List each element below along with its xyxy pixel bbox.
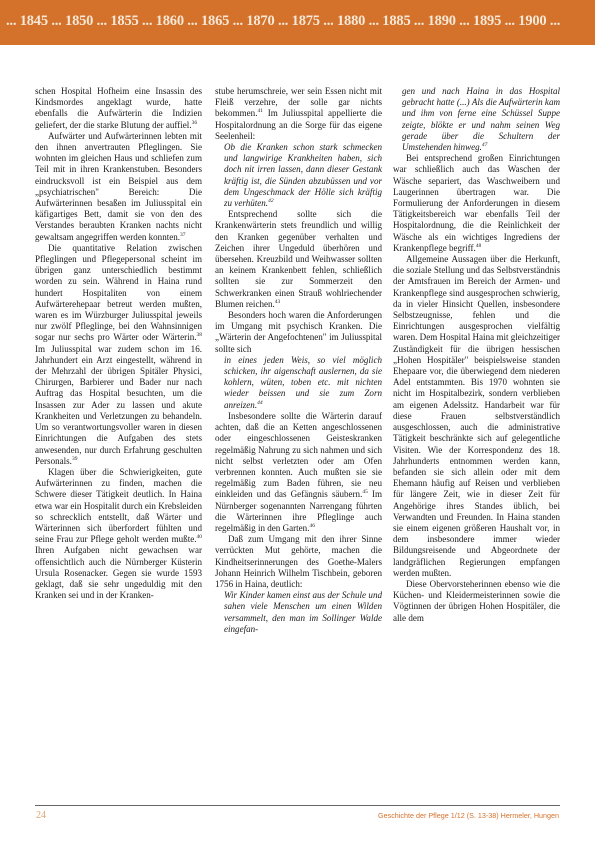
paragraph: Allgemeine Aussagen über die Herkunft, d… (393, 254, 560, 579)
paragraph-text: Im Juliusspital war zudem schon im 16. J… (35, 344, 202, 466)
running-footer: Geschichte der Pflege 1/12 (S. 13-38) He… (378, 811, 559, 820)
footnote-marker: 48 (476, 243, 482, 249)
paragraph-text: Daß zum Umgang mit den ihrer Sinne verrü… (215, 534, 382, 589)
footnote-marker: 39 (72, 456, 78, 462)
paragraph-text: Entsprechend sollte sich die Krankenwärt… (215, 209, 382, 309)
paragraph-text: Diese Obervorsteherinnen ebenso wie die … (393, 579, 560, 623)
timeline-header-bar: ... 1845 ... 1850 ... 1855 ... 1860 ... … (0, 0, 595, 45)
footnote-marker: 40 (197, 534, 203, 540)
paragraph-text: Besonders hoch waren die Anforderungen i… (215, 310, 382, 354)
block-quote: in eines jeden Weis, so viel möglich sch… (215, 355, 382, 411)
text-column-2: stube herumschreie, wer sein Essen nicht… (215, 86, 382, 635)
paragraph-text: Wir Kinder kamen einst aus der Schule un… (224, 590, 382, 634)
paragraph: Bei entsprechend großen Einrichtungen wa… (393, 153, 560, 254)
footnote-marker: 43 (275, 299, 281, 305)
paragraph-text: Klagen über die Schwierigkeiten, gute Au… (35, 467, 202, 544)
paragraph: Daß zum Umgang mit den ihrer Sinne verrü… (215, 534, 382, 590)
paragraph: schen Hospital Hofheim eine Insassin des… (35, 86, 202, 131)
footnote-marker: 36 (192, 120, 198, 126)
paragraph-text: Ihren Aufgaben nicht gewachsen war offen… (35, 545, 202, 600)
paragraph-text: Ob die Kranken schon stark schmecken und… (224, 142, 382, 208)
text-column-1: schen Hospital Hofheim eine Insassin des… (35, 86, 202, 601)
paragraph: Insbesondere sollte die Wärterin darauf … (215, 411, 382, 534)
paragraph-text: Insbesondere sollte die Wärterin darauf … (215, 411, 382, 499)
paragraph-text: in eines jeden Weis, so viel möglich sch… (224, 355, 382, 410)
footnote-marker: 42 (268, 198, 274, 204)
footnote-marker: 44 (257, 400, 263, 406)
paragraph: Klagen über die Schwierigkeiten, gute Au… (35, 467, 202, 601)
text-column-3: gen und nach Haina in das Hospital gebra… (393, 86, 560, 624)
footnote-marker: 47 (482, 142, 488, 148)
paragraph: Diese Obervorsteherinnen ebenso wie die … (393, 579, 560, 624)
timeline-years: ... 1845 ... 1850 ... 1855 ... 1860 ... … (6, 13, 560, 30)
footer-rule (35, 805, 560, 806)
footnote-marker: 38 (197, 332, 203, 338)
page-number: 24 (36, 810, 46, 821)
block-quote: Ob die Kranken schon stark schmecken und… (215, 142, 382, 209)
paragraph: Die quantitative Relation zwischen Pfleg… (35, 243, 202, 467)
paragraph: Aufwärter und Aufwärterinnen lebten mit … (35, 131, 202, 243)
footnote-marker: 37 (180, 232, 186, 238)
paragraph: Besonders hoch waren die Anforderungen i… (215, 310, 382, 355)
paragraph: stube herumschreie, wer sein Essen nicht… (215, 86, 382, 142)
paragraph-text: Allgemeine Aussagen über die Herkunft, d… (393, 254, 560, 578)
block-quote: Wir Kinder kamen einst aus der Schule un… (215, 590, 382, 635)
paragraph-text: Aufwärter und Aufwärterinnen lebten mit … (35, 131, 202, 242)
block-quote: gen und nach Haina in das Hospital gebra… (393, 86, 560, 153)
paragraph: Entsprechend sollte sich die Krankenwärt… (215, 209, 382, 310)
paragraph-text: schen Hospital Hofheim eine Insassin des… (35, 86, 202, 130)
paragraph-text: Die quantitative Relation zwischen Pfleg… (35, 243, 202, 343)
footnote-marker: 46 (309, 523, 315, 529)
paragraph-text: Bei entsprechend großen Einrichtungen wa… (393, 153, 560, 253)
